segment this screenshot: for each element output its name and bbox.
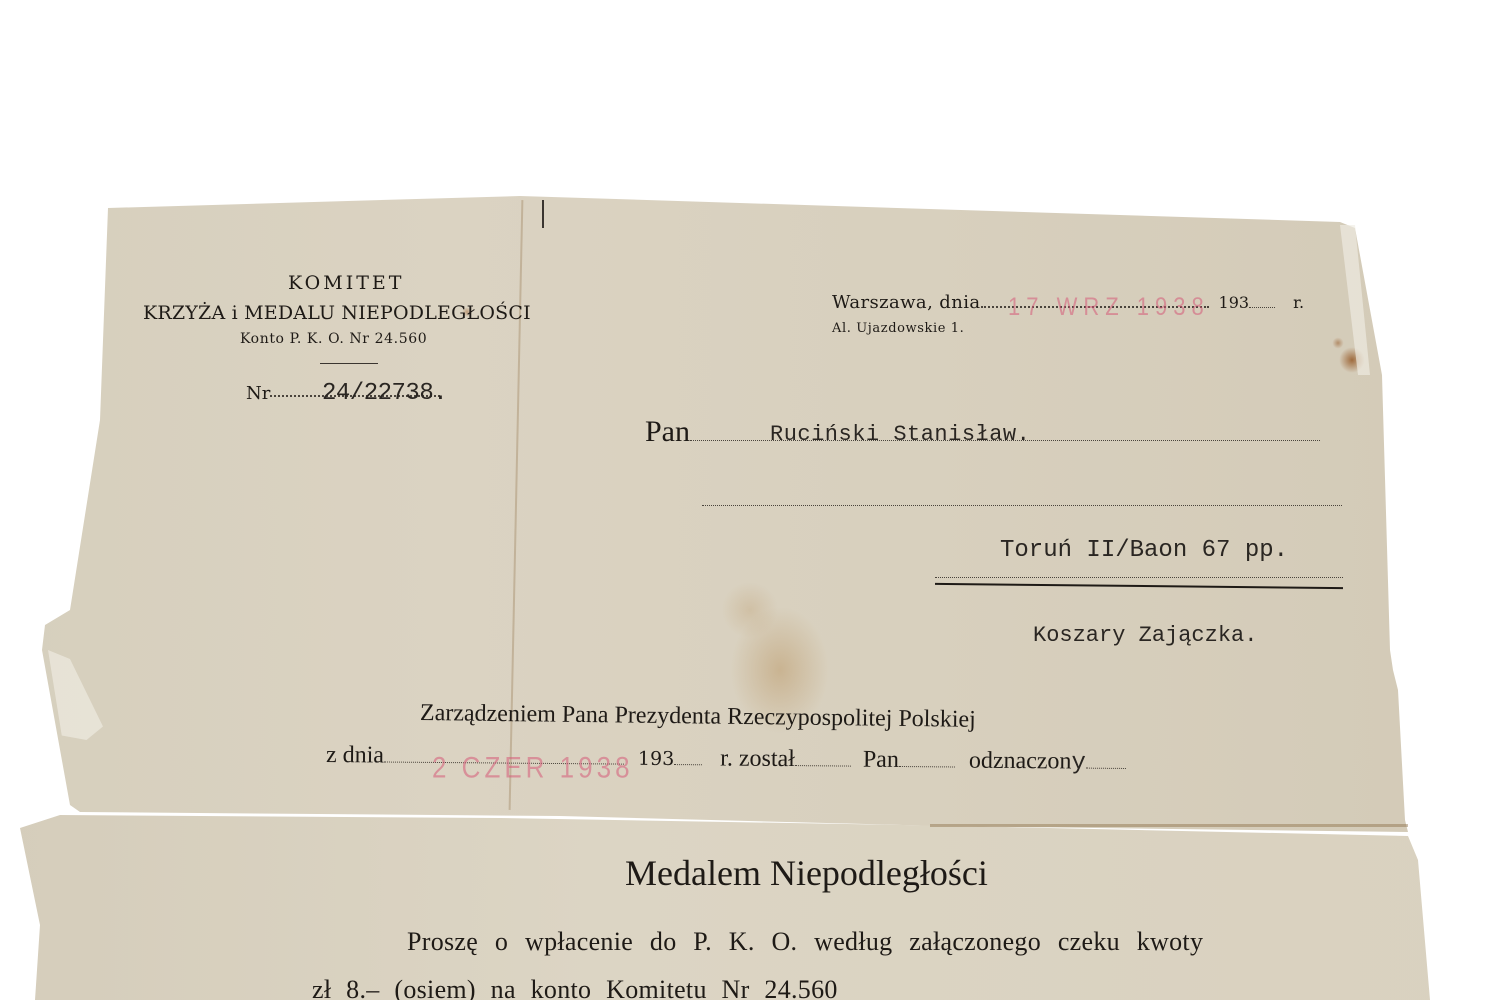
decorated-dots: [1086, 768, 1126, 769]
date-label: z dnia: [326, 742, 384, 769]
reference-number-label: Nr: [246, 383, 270, 404]
org-subtitle: KRZYŻA i MEDALU NIEPODLEGŁOŚCI: [143, 302, 531, 324]
address-line: Al. Ujazdowskie 1.: [832, 321, 964, 336]
recipient-barracks: Koszary Zajączka.: [1033, 623, 1257, 648]
decree-year-dots: [674, 764, 702, 765]
reference-number-value: 24/22738.: [322, 380, 447, 407]
decorated-label: odznaczon: [969, 748, 1072, 775]
year-prefix: 193: [1219, 293, 1250, 312]
account-number-line: Konto P. K. O. Nr 24.560: [240, 331, 427, 347]
payment-instruction: Proszę o wpłacenie do P. K. O. według za…: [407, 927, 1203, 957]
top-notch-mark: [542, 200, 544, 228]
awarded-text: r. został: [720, 745, 795, 772]
salutation: Pan: [645, 415, 690, 448]
payment-amount: zł 8.– (osiem) na konto Komitetu Nr 24.5…: [312, 975, 838, 1000]
recipient-name: Ruciński Stanisław.: [770, 422, 1030, 447]
year-suffix: r.: [1293, 293, 1304, 312]
awarded-dots: [795, 765, 851, 766]
date-stamp-decree: 2 CZER 1938: [432, 750, 634, 786]
org-title: KOMITET: [288, 272, 404, 294]
date-stamp-issue: 17 WRZ 1938: [1008, 292, 1210, 322]
pan-label: Pan: [863, 747, 899, 773]
decorated-suffix: y: [1071, 750, 1086, 777]
decree-year-prefix: 193: [638, 748, 674, 770]
place-label: Warszawa, dnia: [832, 292, 981, 313]
header-divider: [320, 363, 378, 364]
recipient-line-2: [702, 505, 1342, 506]
year-dots: [1249, 307, 1275, 308]
recipient-unit: Toruń II/Baon 67 pp.: [1000, 537, 1288, 564]
pan-dots: [899, 766, 955, 767]
horizontal-tear: [930, 824, 1408, 827]
unit-dotted-line: [935, 577, 1343, 578]
medal-title: Medalem Niepodległości: [625, 852, 988, 894]
